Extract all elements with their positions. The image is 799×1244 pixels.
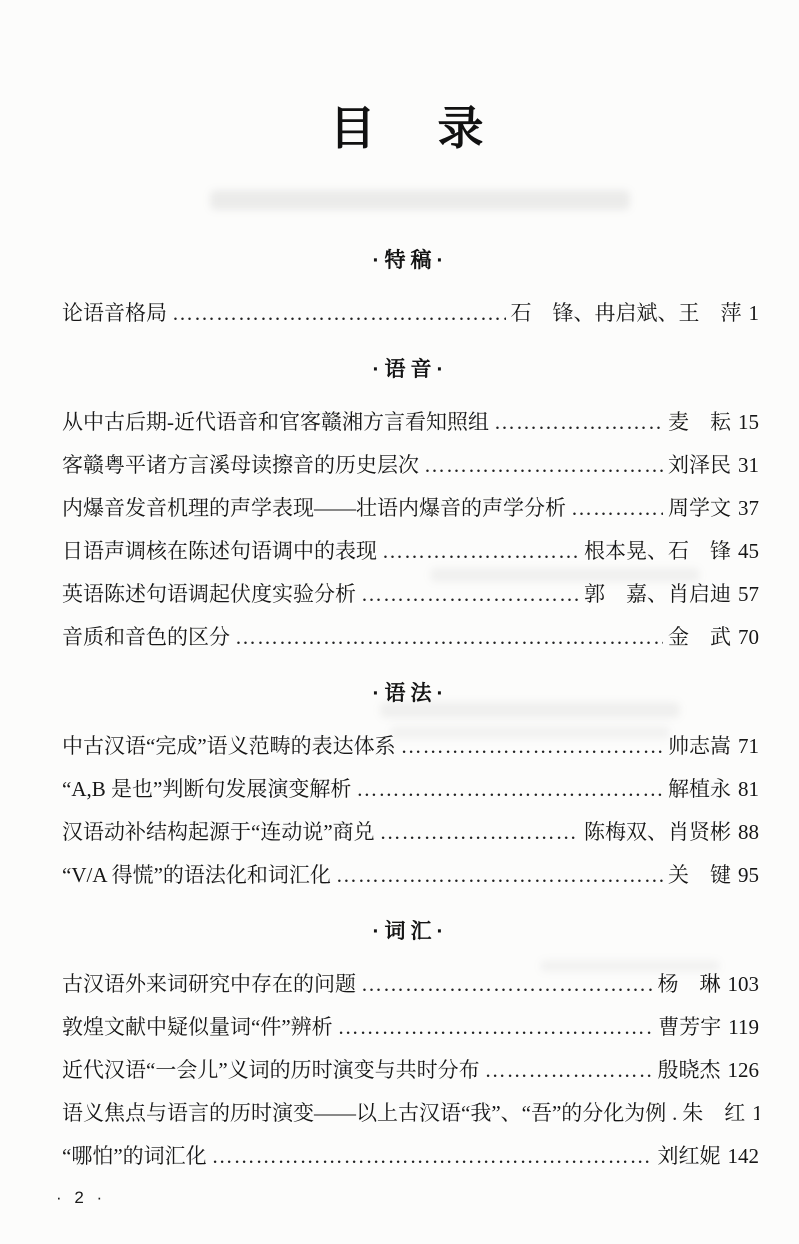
entry-authors: 刘泽民: [668, 450, 731, 481]
page-number-footer: · 2 ·: [56, 1188, 106, 1208]
toc-entry: “V/A 得慌”的语法化和词汇化关 键95: [62, 860, 759, 891]
section-heading: ·语音·: [62, 355, 759, 385]
entry-title: 论语音格局: [62, 298, 167, 329]
toc-entry: 内爆音发音机理的声学表现——壮语内爆音的声学分析周学文37: [62, 493, 759, 524]
entry-authors: 石 锋、冉启斌、王 萍: [511, 298, 742, 329]
toc-entry: 语义焦点与语言的历时演变——以上古汉语“我”、“吾”的分化为例朱 红134: [62, 1098, 759, 1129]
entry-page: 57: [738, 579, 759, 610]
toc-entry: 中古汉语“完成”语义范畴的表达体系帅志嵩71: [62, 731, 759, 762]
toc-entry: 从中古后期-近代语音和官客赣湘方言看知照组麦 耘15: [62, 407, 759, 438]
entry-title: 敦煌文献中疑似量词“件”辨析: [62, 1012, 333, 1043]
entry-title: 近代汉语“一会儿”义词的历时演变与共时分布: [62, 1055, 480, 1086]
entry-title: 汉语动补结构起源于“连动说”商兑: [62, 817, 375, 848]
toc-entry: “哪怕”的词汇化刘红妮142: [62, 1141, 759, 1172]
entry-title: 英语陈述句语调起伏度实验分析: [62, 579, 356, 610]
entry-authors: 刘红妮: [658, 1141, 721, 1172]
toc-section: ·特稿·论语音格局石 锋、冉启斌、王 萍1: [62, 246, 759, 329]
entry-page: 81: [738, 774, 759, 805]
toc-entry: 古汉语外来词研究中存在的问题杨 琳103: [62, 969, 759, 1000]
entry-page: 31: [738, 450, 759, 481]
entry-page: 70: [738, 622, 759, 653]
dot-leader: [485, 1055, 653, 1086]
entry-authors: 郭 嘉、肖启迪: [584, 579, 731, 610]
dot-leader: [571, 493, 663, 524]
dot-leader: [494, 407, 663, 438]
toc-entry: “A,B 是也”判断句发展演变解析解植永81: [62, 774, 759, 805]
toc-entry: 敦煌文献中疑似量词“件”辨析曹芳宇119: [62, 1012, 759, 1043]
entry-authors: 麦 耘: [668, 407, 731, 438]
toc-section: ·语法·中古汉语“完成”语义范畴的表达体系帅志嵩71“A,B 是也”判断句发展演…: [62, 679, 759, 891]
toc-section: ·语音·从中古后期-近代语音和官客赣湘方言看知照组麦 耘15客赣粤平诸方言溪母读…: [62, 355, 759, 653]
entry-authors: 解植永: [668, 774, 731, 805]
entry-page: 126: [728, 1055, 760, 1086]
entry-page: 142: [728, 1141, 760, 1172]
entry-page: 1: [749, 298, 760, 329]
dot-leader: [380, 817, 579, 848]
toc-entry: 近代汉语“一会儿”义词的历时演变与共时分布殷晓杰126: [62, 1055, 759, 1086]
entry-page: 103: [728, 969, 760, 1000]
entry-authors: 殷晓杰: [658, 1055, 721, 1086]
toc-section: ·词汇·古汉语外来词研究中存在的问题杨 琳103敦煌文献中疑似量词“件”辨析曹芳…: [62, 917, 759, 1172]
entry-page: 37: [738, 493, 759, 524]
dot-leader: [361, 579, 579, 610]
document-page: 目 录 ·特稿·论语音格局石 锋、冉启斌、王 萍1·语音·从中古后期-近代语音和…: [0, 0, 799, 1244]
entry-title: 中古汉语“完成”语义范畴的表达体系: [62, 731, 396, 762]
entry-authors: 周学文: [668, 493, 731, 524]
dot-leader: [401, 731, 663, 762]
dot-leader: [212, 1141, 653, 1172]
entry-title: 日语声调核在陈述句语调中的表现: [62, 536, 377, 567]
scan-artifact: [210, 190, 630, 210]
dot-leader: [356, 774, 663, 805]
entry-title: “A,B 是也”判断句发展演变解析: [62, 774, 351, 805]
entry-page: 71: [738, 731, 759, 762]
toc-entry: 英语陈述句语调起伏度实验分析郭 嘉、肖启迪57: [62, 579, 759, 610]
entry-authors: 杨 琳: [658, 969, 721, 1000]
section-heading: ·语法·: [62, 679, 759, 709]
entry-authors: 朱 红: [682, 1098, 745, 1129]
toc-entry: 音质和音色的区分金 武70: [62, 622, 759, 653]
dot-leader: [172, 298, 506, 329]
entry-title: “哪怕”的词汇化: [62, 1141, 207, 1172]
dot-leader: [671, 1098, 677, 1129]
entry-title: 客赣粤平诸方言溪母读擦音的历史层次: [62, 450, 419, 481]
entry-page: 134: [752, 1098, 759, 1129]
section-heading: ·特稿·: [62, 246, 759, 276]
dot-leader: [336, 860, 663, 891]
entry-authors: 陈梅双、肖贤彬: [584, 817, 731, 848]
entry-page: 119: [728, 1012, 759, 1043]
page-title: 目 录: [0, 0, 799, 156]
entry-authors: 金 武: [668, 622, 731, 653]
toc-entry: 论语音格局石 锋、冉启斌、王 萍1: [62, 298, 759, 329]
entry-authors: 曹芳宇: [658, 1012, 721, 1043]
dot-leader: [382, 536, 579, 567]
entry-title: “V/A 得慌”的语法化和词汇化: [62, 860, 331, 891]
entry-authors: 关 键: [668, 860, 731, 891]
toc-entry: 客赣粤平诸方言溪母读擦音的历史层次刘泽民31: [62, 450, 759, 481]
entry-authors: 帅志嵩: [668, 731, 731, 762]
entry-page: 88: [738, 817, 759, 848]
dot-leader: [361, 969, 653, 1000]
entry-title: 音质和音色的区分: [62, 622, 230, 653]
toc-entry: 汉语动补结构起源于“连动说”商兑陈梅双、肖贤彬88: [62, 817, 759, 848]
entry-authors: 根本晃、石 锋: [584, 536, 731, 567]
entry-title: 从中古后期-近代语音和官客赣湘方言看知照组: [62, 407, 489, 438]
toc-entry: 日语声调核在陈述句语调中的表现根本晃、石 锋45: [62, 536, 759, 567]
entry-page: 45: [738, 536, 759, 567]
entry-page: 95: [738, 860, 759, 891]
entry-title: 内爆音发音机理的声学表现——壮语内爆音的声学分析: [62, 493, 566, 524]
entry-title: 语义焦点与语言的历时演变——以上古汉语“我”、“吾”的分化为例: [62, 1098, 666, 1129]
entry-title: 古汉语外来词研究中存在的问题: [62, 969, 356, 1000]
dot-leader: [235, 622, 663, 653]
section-heading: ·词汇·: [62, 917, 759, 947]
toc-sections: ·特稿·论语音格局石 锋、冉启斌、王 萍1·语音·从中古后期-近代语音和官客赣湘…: [0, 246, 799, 1172]
dot-leader: [424, 450, 663, 481]
dot-leader: [338, 1012, 654, 1043]
entry-page: 15: [738, 407, 759, 438]
